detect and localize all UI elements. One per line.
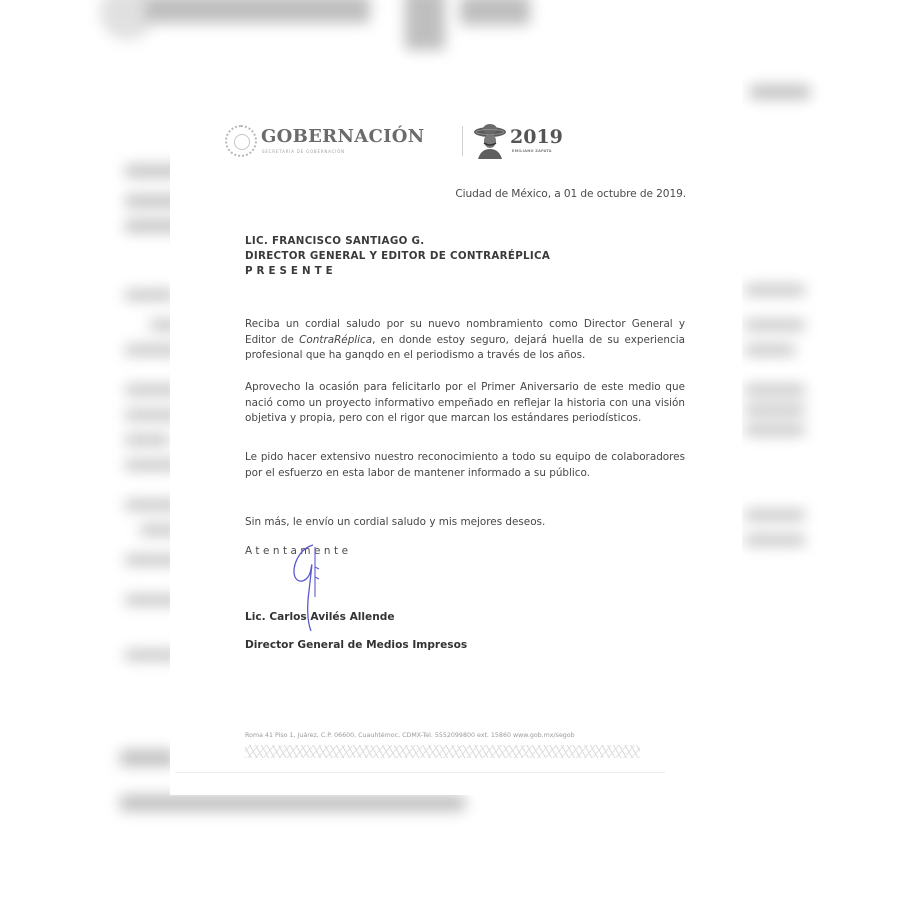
date-line: Ciudad de México, a 01 de octubre de 201… [455,188,686,200]
agency-subtitle: SECRETARÍA DE GOBERNACIÓN [262,149,345,154]
blurred-line [745,405,805,415]
publication-name: ContraRéplica [299,334,372,346]
blurred-line [745,285,805,295]
blurred-line [745,385,805,395]
footer-decorative-pattern [245,745,640,758]
mexico-coat-of-arms-icon [225,125,257,157]
blurred-line [125,435,170,445]
blurred-line [125,290,175,300]
blurred-line [745,425,805,435]
blurred-year [460,0,530,25]
signer-name: Lic. Carlos Avilés Allende [245,611,395,623]
blurred-line [120,750,175,766]
recipient-title: DIRECTOR GENERAL Y EDITOR DE CONTRARÉPLI… [245,249,550,264]
year-label: 2019 [510,126,563,148]
letterhead-divider [462,126,463,156]
blurred-seal [100,0,155,40]
blurred-emblem [405,0,445,50]
year-subtitle: EMILIANO ZAPATA [512,149,552,153]
blurred-line [745,345,795,355]
paragraph-2: Aprovecho la ocasión para felicitarlo po… [245,380,685,427]
recipient-block: LIC. FRANCISCO SANTIAGO G. DIRECTOR GENE… [245,234,550,279]
blurred-title [145,0,370,23]
letterhead: GOBERNACIÓN SECRETARÍA DE GOBERNACIÓN 20… [225,123,525,163]
blurred-line [745,535,805,545]
blurred-line [745,320,805,330]
salutation: PRESENTE [245,264,550,279]
footer-rule [175,772,665,773]
blurred-date [750,85,810,99]
blurred-signer-title [120,795,465,811]
zapata-portrait-icon [473,123,507,159]
paragraph-3: Le pido hacer extensivo nuestro reconoci… [245,450,685,481]
paragraph-4: Sin más, le envío un cordial saludo y mi… [245,515,685,531]
blurred-line [745,510,805,520]
agency-title: GOBERNACIÓN [261,126,425,147]
paragraph-1: Reciba un cordial saludo por su nuevo no… [245,317,685,364]
letter-page: GOBERNACIÓN SECRETARÍA DE GOBERNACIÓN 20… [170,65,742,795]
footer-address: Roma 41 Piso 1, Juárez, C.P. 06600, Cuau… [245,732,575,739]
signer-title: Director General de Medios Impresos [245,639,467,651]
recipient-name: LIC. FRANCISCO SANTIAGO G. [245,234,550,249]
